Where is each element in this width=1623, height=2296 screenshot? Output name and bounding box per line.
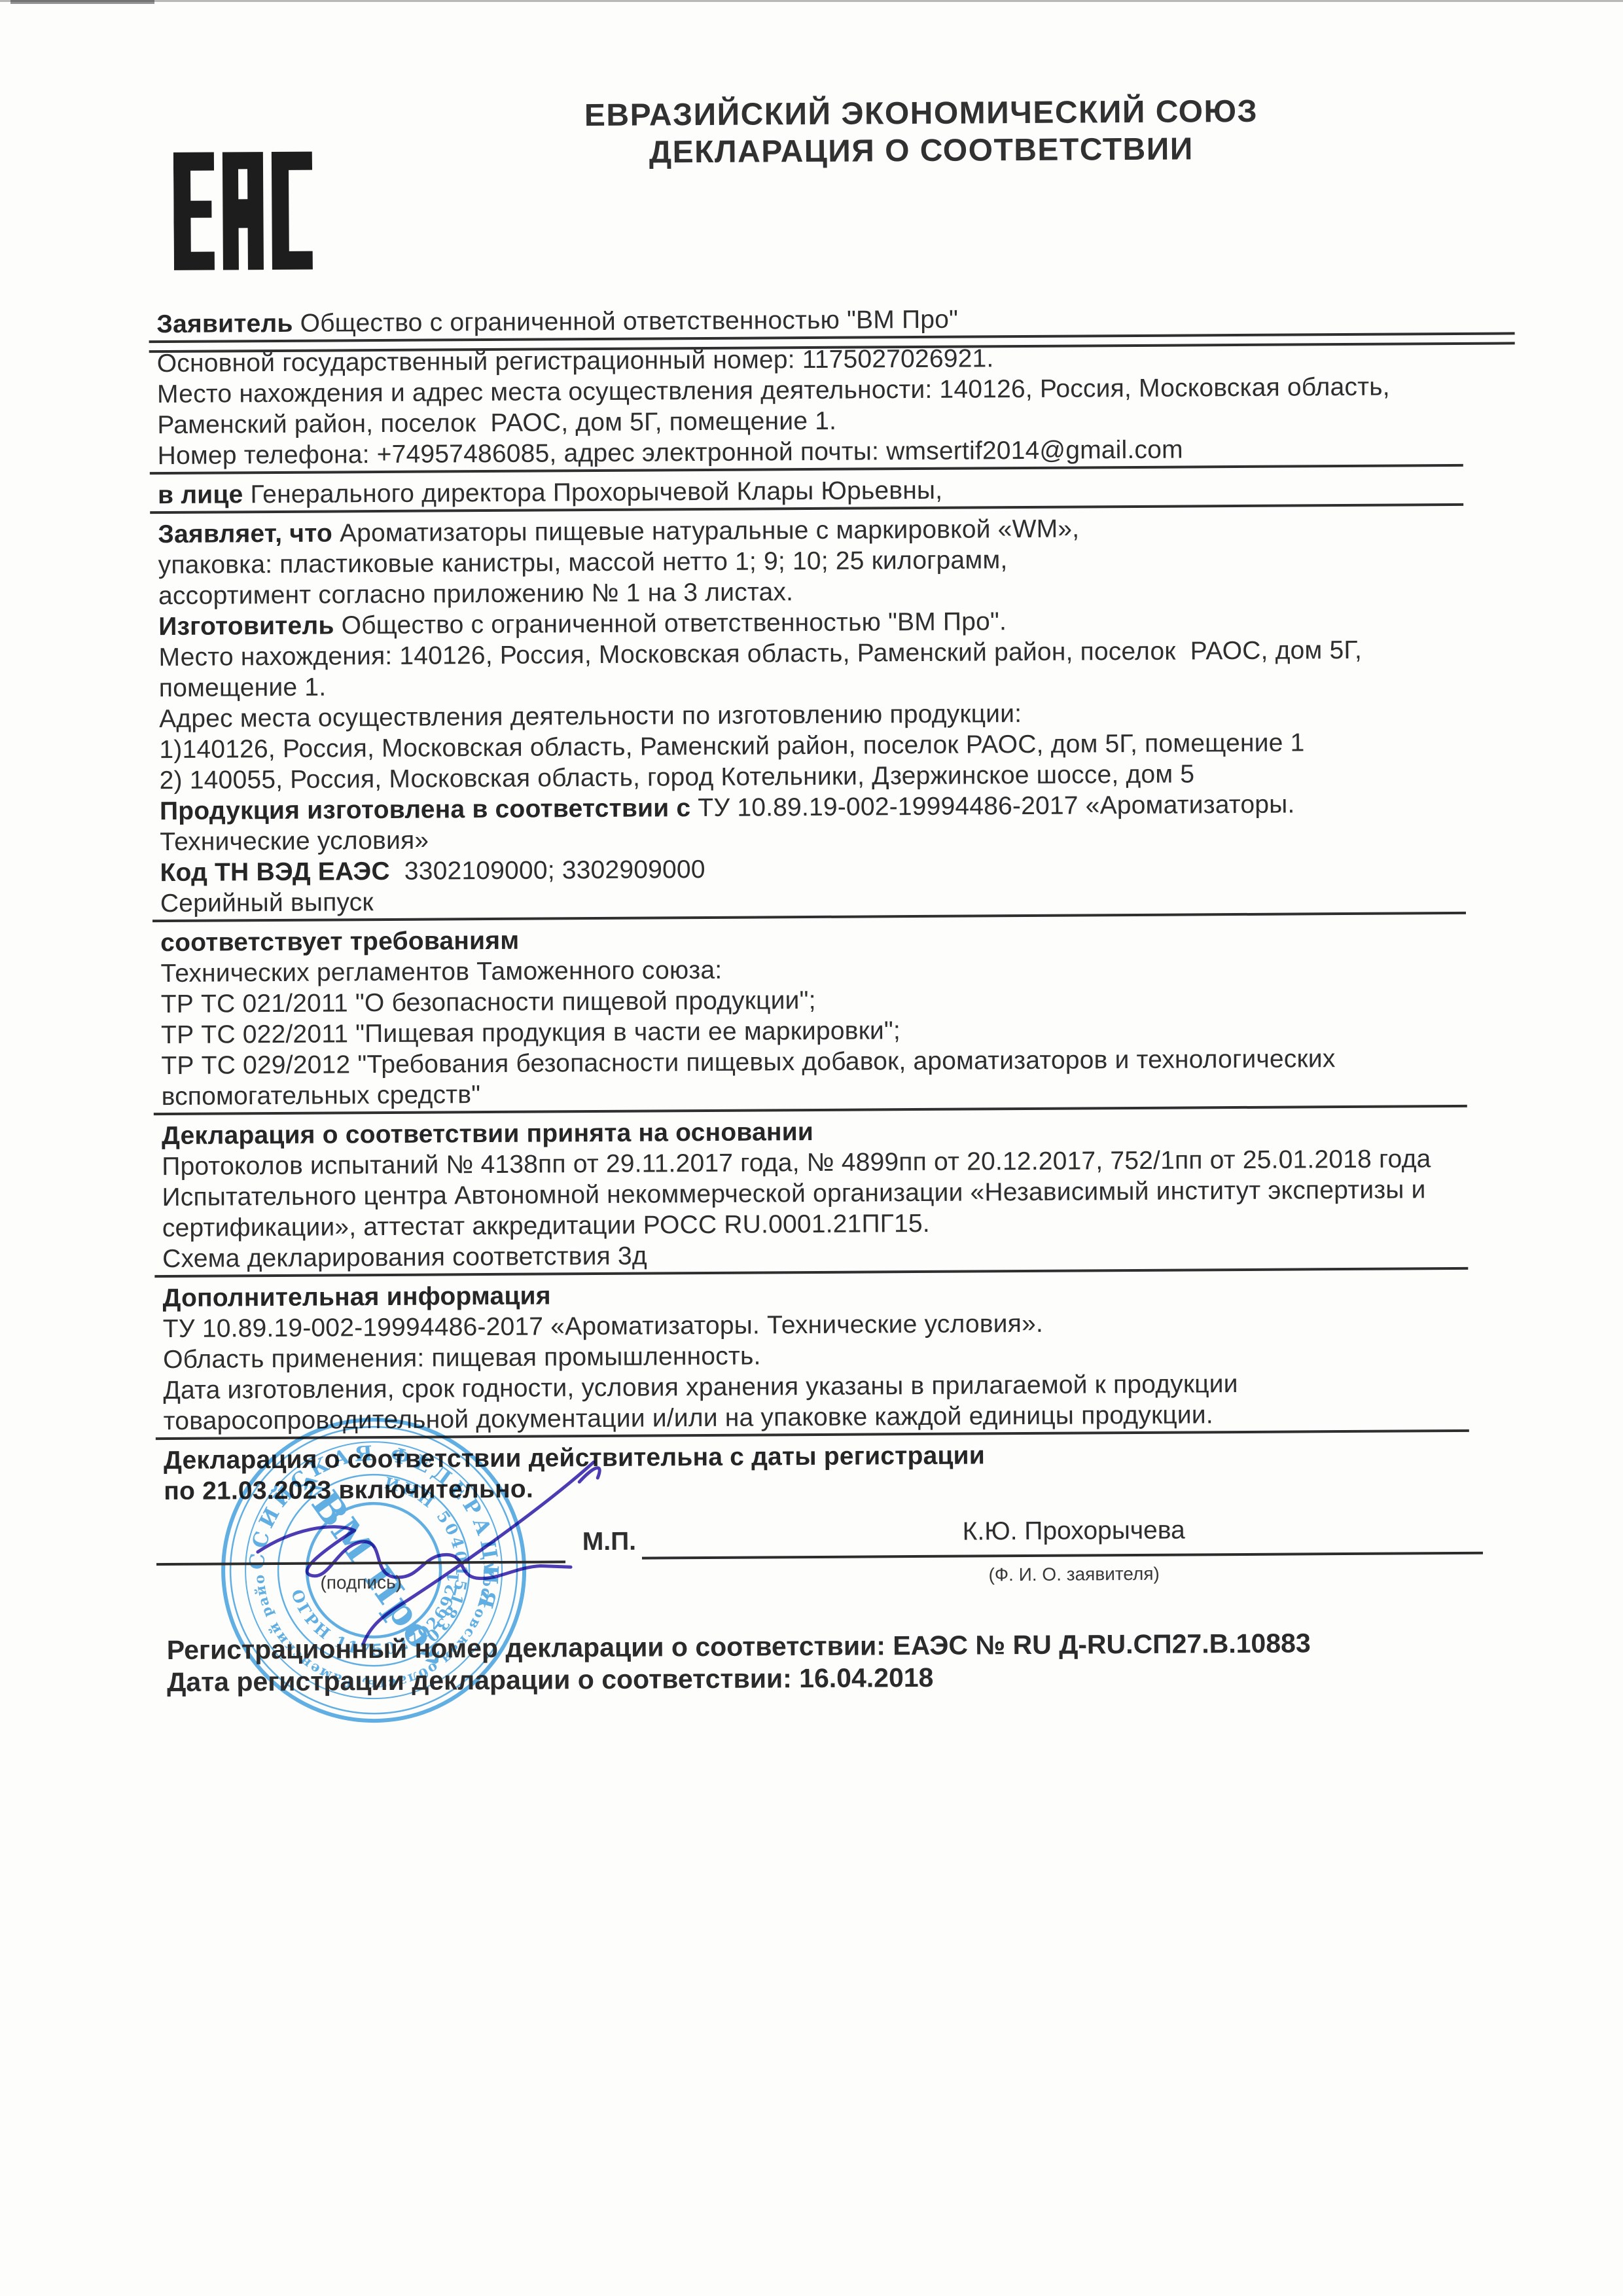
registration-number-line: Регистрационный номер декларации о соотв… (167, 1628, 1311, 1666)
doc-line-28-text: Испытательного центра Автономной некомме… (162, 1175, 1425, 1211)
doc-line-28: Испытательного центра Автономной некомме… (162, 1175, 1425, 1212)
doc-line-19: Серийный выпуск (160, 888, 374, 918)
doc-line-5-text: Номер телефона: +74957486085, адрес элек… (158, 436, 1183, 471)
doc-line-22: ТР ТС 021/2011 "О безопасности пищевой п… (161, 986, 816, 1019)
doc-line-10-label: Изготовитель (158, 611, 334, 641)
doc-line-5: Номер телефона: +74957486085, адрес элек… (158, 436, 1183, 471)
registration-date-line: Дата регистрации декларации о соответств… (167, 1662, 934, 1698)
doc-line-16: Продукция изготовлена в соответствии с Т… (160, 790, 1295, 826)
doc-line-14-text: 1)140126, Россия, Московская область, Ра… (159, 728, 1304, 764)
doc-line-20-label: соответствует требованиям (160, 927, 519, 957)
doc-line-33: Область применения: пищевая промышленнос… (163, 1342, 761, 1374)
doc-line-6-label: в лице (158, 480, 243, 509)
doc-line-1-text: Общество с ограниченной ответственностью… (293, 306, 958, 338)
doc-line-21: Технических регламентов Таможенного союз… (160, 956, 722, 988)
scanned-declaration-page: ЕВРАЗИЙСКИЙ ЭКОНОМИЧЕСКИЙ СОЮЗ ДЕКЛАРАЦИ… (0, 0, 1623, 2296)
doc-line-11-text: Место нахождения: 140126, Россия, Москов… (158, 636, 1362, 672)
doc-line-18: Код ТН ВЭД ЕАЭС 3302109000; 3302909000 (160, 855, 705, 888)
doc-line-14: 1)140126, Россия, Московская область, Ра… (159, 728, 1304, 764)
doc-line-6: в лице Генерального директора Прохорычев… (158, 476, 942, 510)
doc-line-25: вспомогательных средств" (162, 1081, 481, 1111)
doc-line-3-text: Место нахождения и адрес места осуществл… (157, 373, 1390, 409)
doc-line-27: Протоколов испытаний № 4138пп от 29.11.2… (162, 1145, 1431, 1181)
doc-line-31-label: Дополнительная информация (162, 1282, 550, 1312)
doc-line-3: Место нахождения и адрес места осуществл… (157, 373, 1390, 410)
doc-line-8-text: упаковка: пластиковые канистры, массой н… (158, 546, 1008, 579)
doc-line-2: Основной государственный регистрационный… (157, 344, 994, 378)
doc-line-25-text: вспомогательных средств" (162, 1081, 481, 1111)
mp-seal-label: М.П. (582, 1528, 636, 1557)
doc-line-4: Раменский район, поселок РАОС, дом 5Г, п… (157, 407, 836, 440)
doc-line-9: ассортимент согласно приложению № 1 на 3… (158, 578, 793, 611)
doc-line-20: соответствует требованиям (160, 927, 519, 958)
doc-line-7-label: Заявляет, что (158, 519, 332, 548)
doc-line-26-label: Декларация о соответствии принята на осн… (162, 1118, 813, 1150)
doc-line-7: Заявляет, что Ароматизаторы пищевые нату… (158, 514, 1079, 549)
doc-line-31: Дополнительная информация (162, 1282, 550, 1313)
doc-line-4-text: Раменский район, поселок РАОС, дом 5Г, п… (157, 407, 836, 439)
doc-line-34-text: Дата изготовления, срок годности, услови… (163, 1370, 1238, 1405)
doc-line-17-text: Технические условия» (160, 827, 429, 857)
doc-line-1: Заявитель Общество с ограниченной ответс… (156, 306, 958, 339)
doc-line-10-text: Общество с ограниченной ответственностью… (334, 607, 1007, 639)
doc-line-7-text: Ароматизаторы пищевые натуральные с марк… (332, 514, 1080, 547)
doc-line-32-text: ТУ 10.89.19-002-19994486-2017 «Ароматиза… (163, 1310, 1043, 1343)
doc-line-29-text: сертификации», аттестат аккредитации РОС… (162, 1210, 930, 1242)
document-title: ЕВРАЗИЙСКИЙ ЭКОНОМИЧЕСКИЙ СОЮЗ ДЕКЛАРАЦИ… (558, 93, 1285, 172)
doc-line-18-text: 3302109000; 3302909000 (390, 855, 705, 886)
doc-line-32: ТУ 10.89.19-002-19994486-2017 «Ароматиза… (163, 1310, 1043, 1344)
doc-line-13: Адрес места осуществления деятельности п… (159, 700, 1022, 734)
doc-line-21-text: Технических регламентов Таможенного союз… (160, 956, 722, 988)
doc-line-23-text: ТР ТС 022/2011 "Пищевая продукция в част… (161, 1016, 901, 1049)
doc-line-12-text: помещение 1. (159, 673, 327, 703)
doc-line-27-text: Протоколов испытаний № 4138пп от 29.11.2… (162, 1145, 1431, 1181)
doc-line-30: Схема декларирования соответствия 3д (162, 1242, 647, 1274)
doc-line-12: помещение 1. (159, 673, 327, 704)
eac-mark-icon (173, 150, 313, 272)
doc-line-23: ТР ТС 022/2011 "Пищевая продукция в част… (161, 1016, 901, 1050)
title-line-2: ДЕКЛАРАЦИЯ О СООТВЕТСТВИИ (558, 130, 1285, 172)
doc-line-6-text: Генерального директора Прохорычевой Клар… (243, 476, 942, 509)
document-sheet: ЕВРАЗИЙСКИЙ ЭКОНОМИЧЕСКИЙ СОЮЗ ДЕКЛАРАЦИ… (0, 0, 1623, 2296)
name-caption: (Ф. И. О. заявителя) (658, 1562, 1489, 1588)
doc-line-8: упаковка: пластиковые канистры, массой н… (158, 546, 1008, 580)
doc-line-22-text: ТР ТС 021/2011 "О безопасности пищевой п… (161, 986, 816, 1018)
doc-line-9-text: ассортимент согласно приложению № 1 на 3… (158, 578, 793, 610)
doc-line-1-label: Заявитель (156, 310, 293, 338)
signer-name: К.Ю. Прохорычева (658, 1515, 1489, 1549)
doc-line-2-text: Основной государственный регистрационный… (157, 344, 994, 378)
name-rule (642, 1552, 1483, 1560)
scan-artifact-corner (10, 0, 154, 4)
doc-line-16-label: Продукция изготовлена в соответствии с (160, 794, 691, 825)
doc-line-10: Изготовитель Общество с ограниченной отв… (158, 607, 1007, 641)
signature-caption: (подпись) (156, 1571, 565, 1594)
doc-line-11: Место нахождения: 140126, Россия, Москов… (158, 636, 1362, 672)
doc-line-34: Дата изготовления, срок годности, услови… (163, 1370, 1238, 1405)
doc-line-15-text: 2) 140055, Россия, Московская область, г… (160, 760, 1195, 795)
doc-line-17: Технические условия» (160, 827, 429, 857)
doc-line-30-text: Схема декларирования соответствия 3д (162, 1242, 647, 1274)
doc-line-13-text: Адрес места осуществления деятельности п… (159, 700, 1022, 733)
handwritten-signature (226, 1435, 633, 1666)
doc-line-19-text: Серийный выпуск (160, 888, 374, 918)
doc-line-24-text: ТР ТС 029/2012 "Требования безопасности … (161, 1045, 1335, 1080)
doc-line-16-text: ТУ 10.89.19-002-19994486-2017 «Ароматиза… (690, 790, 1294, 822)
doc-line-29: сертификации», аттестат аккредитации РОС… (162, 1210, 930, 1243)
title-line-1: ЕВРАЗИЙСКИЙ ЭКОНОМИЧЕСКИЙ СОЮЗ (558, 93, 1284, 135)
doc-line-18-label: Код ТН ВЭД ЕАЭС (160, 857, 389, 887)
doc-line-24: ТР ТС 029/2012 "Требования безопасности … (161, 1045, 1335, 1081)
doc-line-33-text: Область применения: пищевая промышленнос… (163, 1342, 761, 1374)
doc-line-15: 2) 140055, Россия, Московская область, г… (160, 760, 1195, 795)
doc-line-26: Декларация о соответствии принята на осн… (162, 1118, 813, 1151)
